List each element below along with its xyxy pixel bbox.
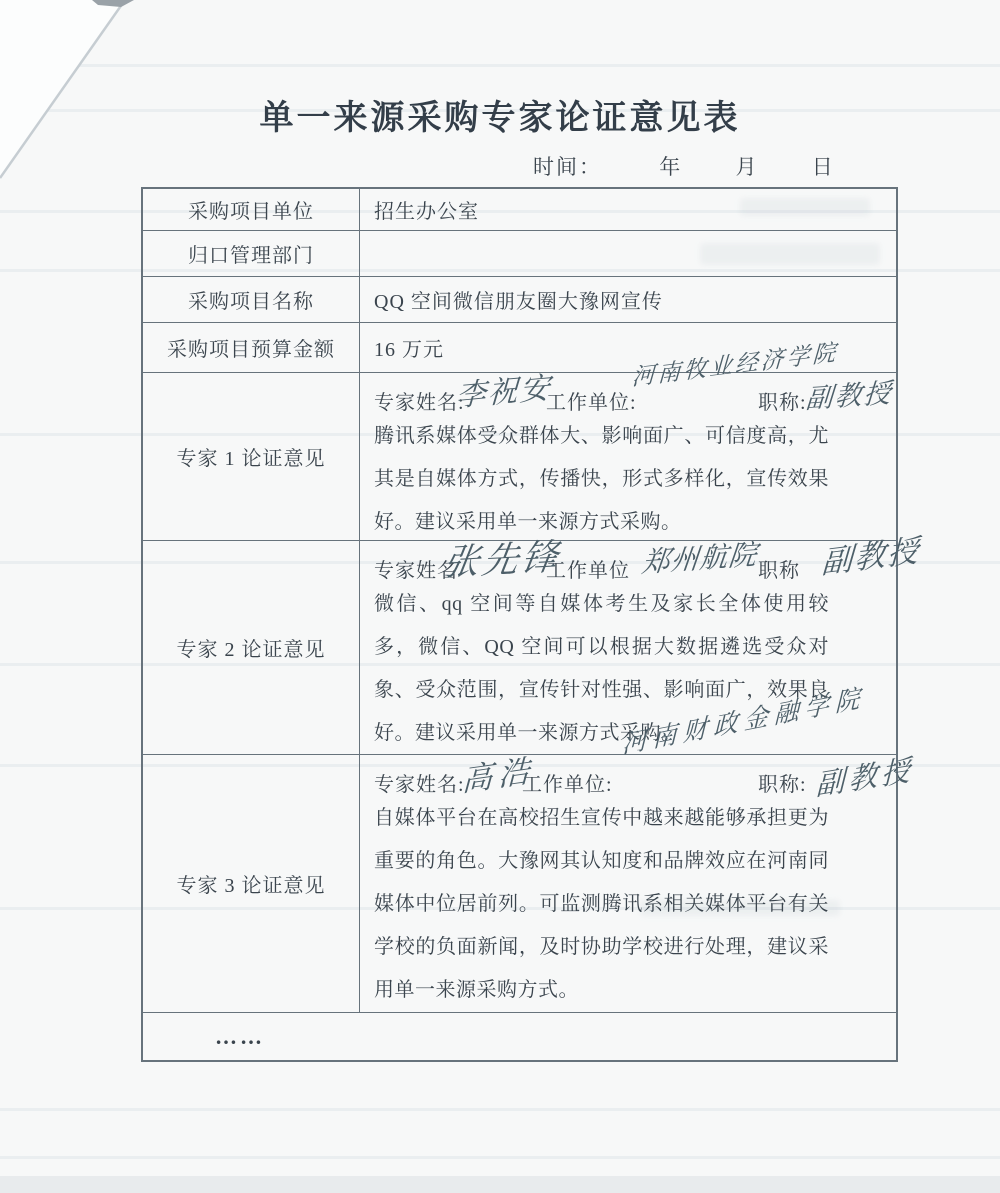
expert-1-title-handwriting: 副教授 <box>805 371 895 416</box>
budget-value: 16 万元 <box>360 323 896 372</box>
expert-1-row: 专家 1 论证意见 专家姓名: 工作单位: 职称: 李祝安 河南牧业经济学院 副… <box>143 372 896 540</box>
cell-text: 采购项目名称 <box>188 285 314 314</box>
expert-3-title-label: 职称: <box>758 768 807 797</box>
expert-3-header: 专家姓名: 工作单位: 职称: 高浩 河南财政金融学院 副教授 <box>374 757 886 797</box>
project-name-label: 采购项目名称 <box>143 277 360 322</box>
expert-3-title-handwriting: 副教授 <box>816 747 915 804</box>
managing-dept-value <box>360 231 896 276</box>
expert-2-header: 专家姓名 工作单位 职称 张先锋 郑州航院 副教授 <box>374 543 886 583</box>
month-label: 月 <box>736 155 759 179</box>
expert-2-opinion: 微信、qq 空间等自媒体考生及家长全体使用较多，微信、QQ 空间可以根据大数据遴… <box>374 583 829 755</box>
expert-1-row-label: 专家 1 论证意见 <box>143 373 360 540</box>
purchase-unit-label: 采购项目单位 <box>143 189 360 230</box>
expert-3-opinion: 自媒体平台在高校招生宣传中越来越能够承担更为重要的角色。大豫网其认知度和品牌效应… <box>374 797 829 1012</box>
cell-text: 采购项目单位 <box>188 195 314 224</box>
time-label: 时间： <box>533 155 602 179</box>
expert-1-header: 专家姓名: 工作单位: 职称: 李祝安 河南牧业经济学院 副教授 <box>374 375 886 415</box>
table-row: 采购项目单位 招生办公室 <box>143 189 896 230</box>
day-label: 日 <box>812 155 835 179</box>
table-row: 采购项目预算金额 16 万元 <box>143 322 896 372</box>
expert-2-row: 专家 2 论证意见 专家姓名 工作单位 职称 张先锋 郑州航院 副教授 微信、q… <box>143 540 896 754</box>
cell-text: …… <box>215 1024 265 1050</box>
scan-bottom-band <box>0 1176 1000 1193</box>
cell-text: 归口管理部门 <box>188 239 314 268</box>
scan-streak <box>0 1108 1000 1111</box>
table-row: 归口管理部门 <box>143 230 896 276</box>
expert-3-content: 专家姓名: 工作单位: 职称: 高浩 河南财政金融学院 副教授 自媒体平台在高校… <box>360 755 896 1012</box>
cell-text: QQ 空间微信朋友圈大豫网宣传 <box>374 285 663 314</box>
scanned-document-page: { "document": { "title": "单一来源采购专家论证意见表"… <box>0 0 1000 1193</box>
cell-text: 专家 3 论证意见 <box>177 869 326 898</box>
cell-text: 16 万元 <box>374 333 444 362</box>
expert-3-name-label: 专家姓名: <box>374 768 465 797</box>
cell-text: 专家 1 论证意见 <box>177 442 326 471</box>
expert-2-unit-label: 工作单位 <box>546 554 630 583</box>
expert-1-title-label: 职称: <box>758 386 807 415</box>
ellipsis-row: …… <box>143 1012 896 1060</box>
year-label: 年 <box>659 155 682 179</box>
cell-text: 招生办公室 <box>374 195 479 224</box>
budget-label: 采购项目预算金额 <box>143 323 360 372</box>
expert-2-title-label: 职称 <box>758 554 800 583</box>
managing-dept-label: 归口管理部门 <box>143 231 360 276</box>
expert-1-opinion: 腾讯系媒体受众群体大、影响面广、可信度高，尤其是自媒体方式，传播快，形式多样化，… <box>374 415 829 544</box>
expert-1-name-label: 专家姓名: <box>374 386 465 415</box>
page-title: 单一来源采购专家论证意见表 <box>0 90 1000 139</box>
scan-streak <box>0 1156 1000 1159</box>
expert-3-row: 专家 3 论证意见 专家姓名: 工作单位: 职称: 高浩 河南财政金融学院 副教… <box>143 754 896 1012</box>
expert-2-row-label: 专家 2 论证意见 <box>143 541 360 754</box>
cell-text: 采购项目预算金额 <box>167 333 335 362</box>
time-line: 时间： 年 月 日 <box>533 151 835 181</box>
cell-text: 专家 2 论证意见 <box>177 633 326 662</box>
project-name-value: QQ 空间微信朋友圈大豫网宣传 <box>360 277 896 322</box>
expert-3-row-label: 专家 3 论证意见 <box>143 755 360 1012</box>
ellipsis-cell: …… <box>143 1013 896 1060</box>
table-row: 采购项目名称 QQ 空间微信朋友圈大豫网宣传 <box>143 276 896 322</box>
expert-2-name-label: 专家姓名 <box>374 554 458 583</box>
expert-1-content: 专家姓名: 工作单位: 职称: 李祝安 河南牧业经济学院 副教授 腾讯系媒体受众… <box>360 373 896 540</box>
form-table: 采购项目单位 招生办公室 归口管理部门 采购项目名称 QQ 空间微信朋友圈大豫网… <box>141 187 898 1062</box>
expert-2-content: 专家姓名 工作单位 职称 张先锋 郑州航院 副教授 微信、qq 空间等自媒体考生… <box>360 541 896 754</box>
purchase-unit-value: 招生办公室 <box>360 189 896 230</box>
expert-1-unit-label: 工作单位: <box>546 386 637 415</box>
expert-3-unit-label: 工作单位: <box>522 768 613 797</box>
